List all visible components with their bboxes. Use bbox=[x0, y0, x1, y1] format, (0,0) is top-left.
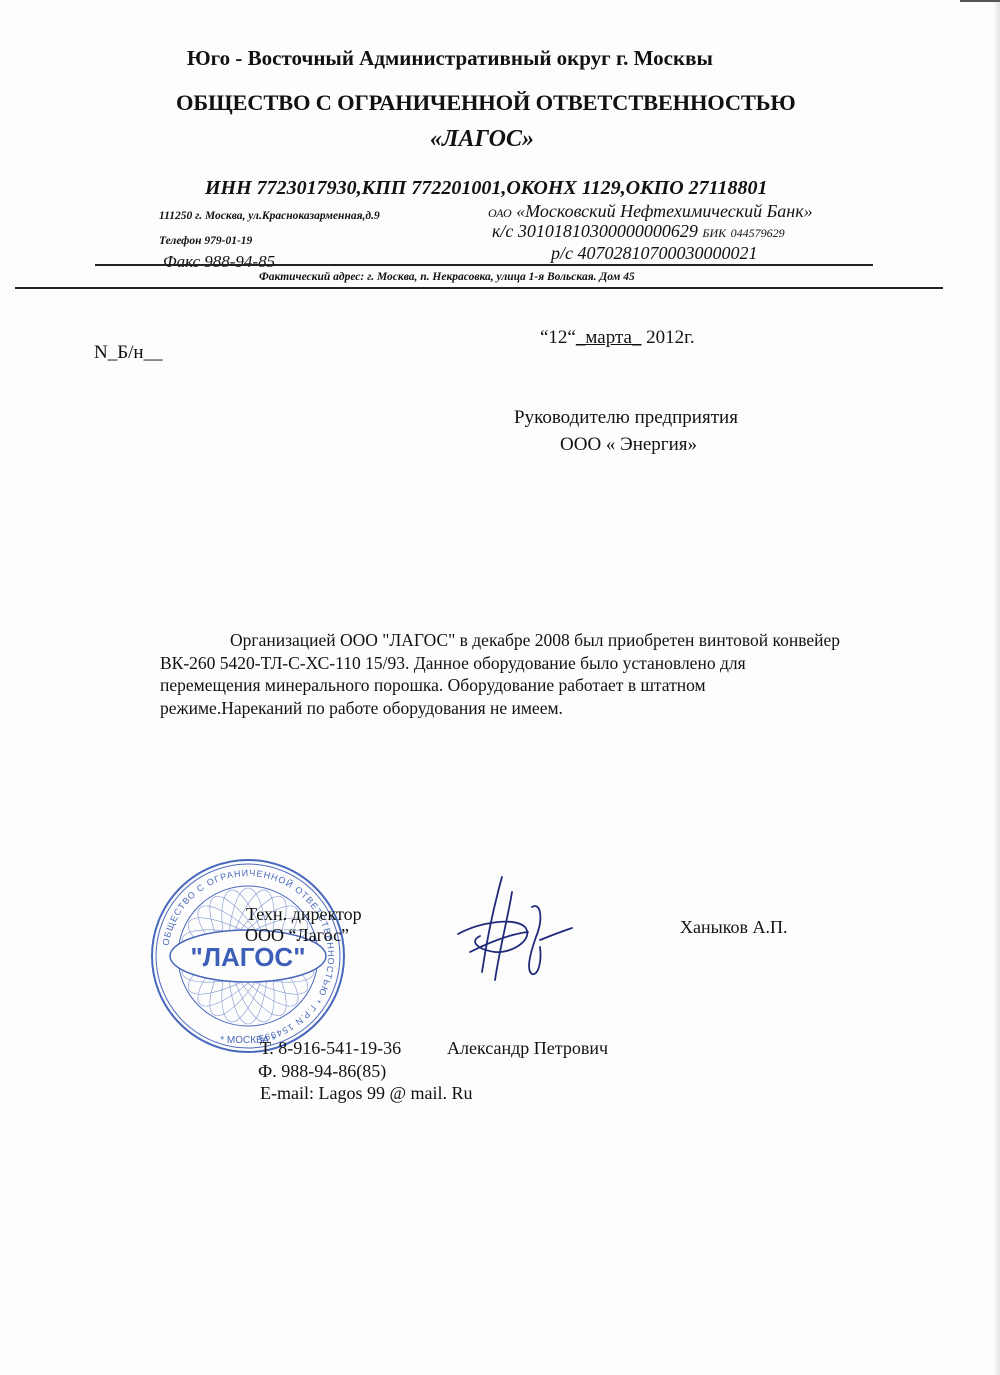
company-type-heading: ОБЩЕСТВО С ОГРАНИЧЕННОЙ ОТВЕТСТВЕННОСТЬЮ bbox=[176, 90, 795, 116]
company-name: «ЛАГОС» bbox=[430, 126, 534, 153]
actual-address: Фактический адрес: г. Москва, п. Некрасо… bbox=[259, 271, 635, 283]
letter-body: Организацией ООО "ЛАГОС" в декабре 2008 … bbox=[160, 629, 850, 719]
company-stamp-icon: "ЛАГОС" ОБЩЕСТВО С ОГРАНИЧЕННОЙ ОТВЕТСТВ… bbox=[148, 858, 348, 1054]
signer-organization: ООО “Лагос” bbox=[245, 925, 349, 946]
handwritten-signature-icon bbox=[440, 862, 580, 992]
date-month: _марта_ bbox=[576, 327, 642, 348]
signer-name: Ханыков А.П. bbox=[680, 917, 788, 938]
contact-fax: Ф. 988-94-86(85) bbox=[258, 1061, 386, 1082]
reference-number: N_Б/н__ bbox=[94, 342, 163, 364]
bank-name: ОАО «Московский Нефтехимический Банк» bbox=[488, 201, 813, 222]
contact-phone: Т. 8-916-541-19-36 bbox=[260, 1038, 401, 1059]
corr-account-label: к/с bbox=[492, 221, 513, 241]
bank-corr-account: к/с 30101810300000000629 БИК 044579629 bbox=[492, 221, 785, 242]
bank-account: р/с 40702810700030000021 bbox=[551, 243, 758, 264]
page-edge bbox=[994, 0, 1000, 1375]
bik-label: БИК bbox=[702, 226, 726, 240]
bik-value: 044579629 bbox=[731, 226, 785, 240]
letterhead-divider-upper bbox=[95, 264, 873, 266]
stamp-center-text: "ЛАГОС" bbox=[190, 942, 305, 972]
district-heading: Юго - Восточный Административный округ г… bbox=[187, 46, 713, 71]
page-edge-top bbox=[960, 0, 1000, 2]
signer-full-name: Александр Петрович bbox=[447, 1038, 608, 1059]
letterhead-divider-lower bbox=[15, 287, 943, 289]
company-phone: Телефон 979-01-19 bbox=[159, 235, 252, 247]
addressee-title: Руководителю предприятия bbox=[514, 407, 738, 429]
legal-address: 111250 г. Москва, ул.Красноказарменная,д… bbox=[159, 210, 380, 222]
date-year: 2012г. bbox=[641, 327, 694, 348]
company-fax: Факс 988-94-85 bbox=[163, 252, 275, 272]
addressee-organization: ООО « Энергия» bbox=[560, 434, 697, 456]
signer-position: Техн. директор bbox=[246, 904, 362, 925]
letter-date: “12“_марта_ 2012г. bbox=[540, 327, 695, 349]
corr-account-value: 30101810300000000629 bbox=[518, 221, 698, 241]
date-day: “12“ bbox=[540, 327, 576, 348]
contact-email: E-mail: Lagos 99 @ mail. Ru bbox=[260, 1083, 473, 1104]
bank-prefix: ОАО bbox=[488, 206, 512, 220]
bank-title: «Московский Нефтехимический Банк» bbox=[516, 201, 812, 221]
registration-ids: ИНН 7723017930,КПП 772201001,ОКОНХ 1129,… bbox=[205, 177, 768, 200]
